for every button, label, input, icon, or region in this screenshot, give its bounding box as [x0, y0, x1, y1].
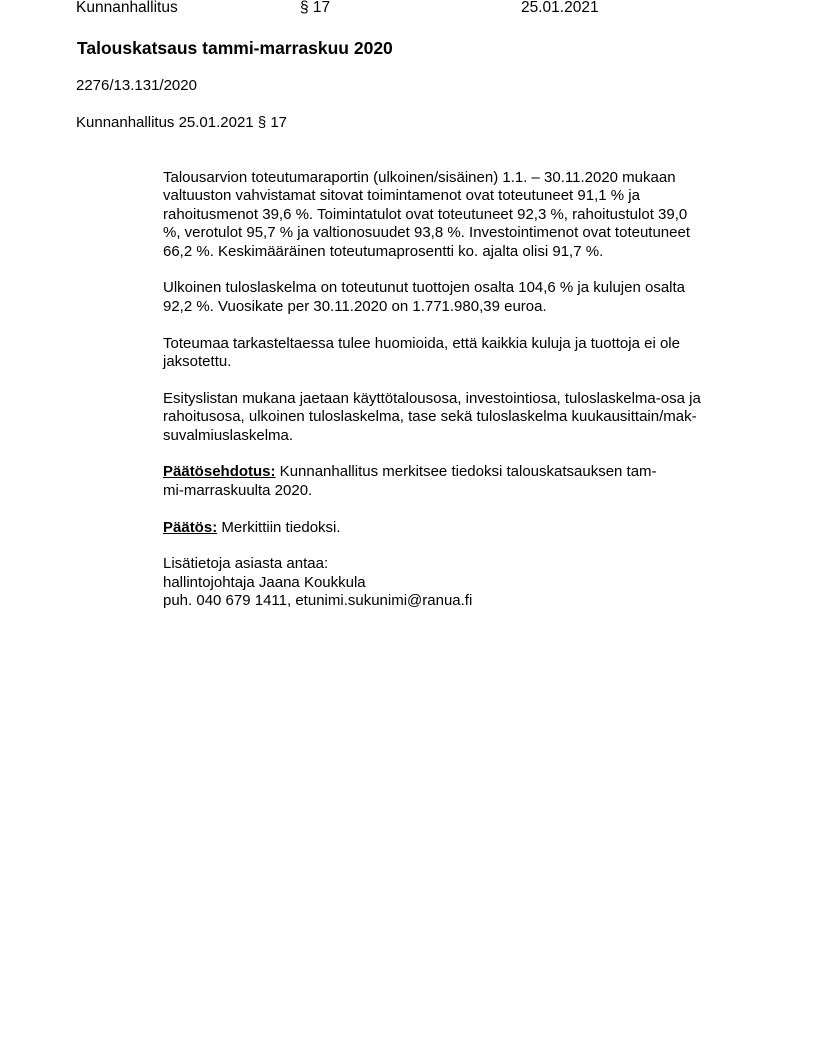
- text-line: valtuuston vahvistamat sitovat toimintam…: [163, 187, 753, 205]
- paragraph-budget-realization: Talousarvion toteutumaraportin (ulkoinen…: [163, 169, 753, 261]
- text-line: Toteumaa tarkasteltaessa tulee huomioida…: [163, 335, 753, 353]
- text-line: Esityslistan mukana jaetaan käyttötalous…: [163, 390, 753, 408]
- document-body: Talousarvion toteutumaraportin (ulkoinen…: [163, 169, 753, 629]
- proposal-line: Päätösehdotus: Kunnanhallitus merkitsee …: [163, 463, 753, 481]
- decision-proposal: Päätösehdotus: Kunnanhallitus merkitsee …: [163, 463, 753, 500]
- text-line: suvalmiuslaskelma.: [163, 427, 753, 445]
- text-line: Talousarvion toteutumaraportin (ulkoinen…: [163, 169, 753, 187]
- text-line: 66,2 %. Keskimääräinen toteutumaprosentt…: [163, 243, 753, 261]
- header-date: 25.01.2021: [521, 0, 599, 18]
- paragraph-income-statement: Ulkoinen tuloslaskelma on toteutunut tuo…: [163, 279, 753, 316]
- text-line: Ulkoinen tuloslaskelma on toteutunut tuo…: [163, 279, 753, 297]
- decision-line: Päätös: Merkittiin tiedoksi.: [163, 519, 753, 537]
- contact-details: puh. 040 679 1411, etunimi.sukunimi@ranu…: [163, 592, 753, 610]
- document-title: Talouskatsaus tammi-marraskuu 2020: [77, 37, 393, 59]
- paragraph-accrual-note: Toteumaa tarkasteltaessa tulee huomioida…: [163, 335, 753, 372]
- decision: Päätös: Merkittiin tiedoksi.: [163, 519, 753, 537]
- proposal-text: Kunnanhallitus merkitsee tiedoksi talous…: [276, 463, 657, 480]
- header-organ: Kunnanhallitus: [76, 0, 178, 18]
- contact-intro: Lisätietoja asiasta antaa:: [163, 555, 753, 573]
- decision-label: Päätös:: [163, 519, 217, 536]
- case-id: 2276/13.131/2020: [76, 76, 197, 96]
- text-line: jaksotettu.: [163, 353, 753, 371]
- meeting-reference: Kunnanhallitus 25.01.2021 § 17: [76, 113, 287, 133]
- proposal-label: Päätösehdotus:: [163, 463, 276, 480]
- paragraph-attachments: Esityslistan mukana jaetaan käyttötalous…: [163, 390, 753, 445]
- text-line: %, verotulot 95,7 % ja valtionosuudet 93…: [163, 224, 753, 242]
- text-line: rahoitusosa, ulkoinen tuloslaskelma, tas…: [163, 408, 753, 426]
- contact-info: Lisätietoja asiasta antaa: hallintojohta…: [163, 555, 753, 610]
- text-line: 92,2 %. Vuosikate per 30.11.2020 on 1.77…: [163, 298, 753, 316]
- text-line: rahoitusmenot 39,6 %. Toimintatulot ovat…: [163, 206, 753, 224]
- proposal-text-continued: mi-marraskuulta 2020.: [163, 482, 753, 500]
- header-section: § 17: [300, 0, 330, 18]
- contact-person: hallintojohtaja Jaana Koukkula: [163, 574, 753, 592]
- decision-text: Merkittiin tiedoksi.: [217, 519, 340, 536]
